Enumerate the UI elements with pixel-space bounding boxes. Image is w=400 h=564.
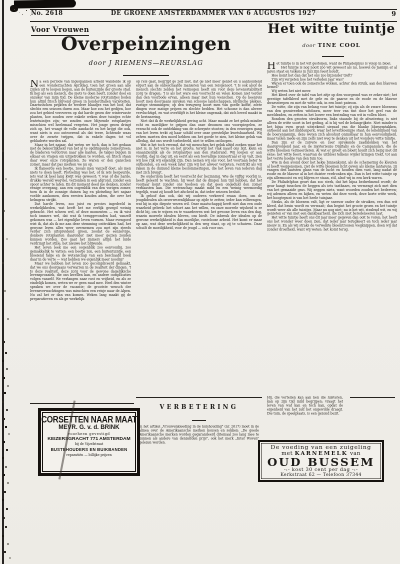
byline-name: TINE COOL	[318, 43, 361, 49]
masthead: DE GROENE AMSTERDAMMER VAN 6 AUGUSTUS 19…	[30, 10, 397, 17]
ad-address: Kerkstraat 62 — Telefoon 37344	[260, 473, 382, 478]
paragraph: Het kleed over de tafel van het zitje op…	[267, 94, 397, 106]
column-text: op reis gaat, begrijpt ge zelf niet, dat…	[136, 80, 262, 230]
paragraph: Na een periode van ingespannen arbeid wa…	[30, 80, 131, 143]
paragraph: Maar in het najaar, dat weten we toch, d…	[30, 143, 131, 167]
paragraph: Niet dat ik de werkelijkheid gering acht…	[136, 120, 262, 144]
ad-top-rule	[30, 403, 134, 404]
ad-footnote: reparatiën — billijke prijzen	[41, 453, 137, 457]
closing-text: Hij, die vertellen kan aan hen die luist…	[267, 396, 343, 416]
right-article-byline: door TINE COOL	[266, 43, 397, 49]
right-article-column: Het tuintje is in het wit gestoken, want…	[267, 62, 397, 394]
paragraph: Ik geloof dan ook, dat wij ouderen verke…	[136, 195, 262, 231]
scan-noise-artifact	[0, 0, 2, 2]
paragraph: Straks, als de bloesem valt, ligt er sne…	[267, 200, 397, 216]
byline-rule	[123, 75, 169, 76]
scan-edge-artifact	[2, 0, 4, 564]
ad-subline: bij de Vijzelstraat	[41, 442, 137, 446]
left-article-title: Overpeinzingen	[30, 33, 262, 55]
column-text: Na een periode van ingespannen arbeid wa…	[30, 80, 131, 301]
right-article-title: Het witte tuintje	[266, 22, 397, 37]
scan-blot-artifact	[10, 5, 18, 12]
left-article-column-1: Na een periode van ingespannen arbeid wa…	[30, 80, 131, 402]
newspaper-page: No. 2618 DE GROENE AMSTERDAMMER VAN 6 AU…	[0, 0, 400, 564]
paragraph: Ik flaneerde een beetje, zooals men vanz…	[30, 167, 131, 203]
paragraph: Wie in den avond door het hekje binnenko…	[267, 161, 397, 181]
column-text: Het tuintje is in het wit gestoken, want…	[267, 62, 397, 232]
correction-dash-rule	[192, 420, 206, 421]
correction-heading: VERBETERING	[136, 404, 262, 411]
correction-top-rule	[136, 397, 262, 398]
paragraph: De Philadelphus geurt dan zoo sterk, dat…	[267, 181, 397, 201]
article-end-rule	[350, 397, 395, 398]
paragraph: De ouderdom heeft het voorrecht der bezi…	[136, 175, 262, 195]
paragraph: op reis gaat, begrijpt ge zelf niet, dat…	[136, 80, 262, 120]
ad-brand: OUD BUSSEM	[260, 457, 382, 468]
oud-bussem-advertisement: De voeding van een zuigeling met KARNEME…	[258, 440, 384, 482]
byline-prefix: door	[302, 43, 315, 49]
ad-products: BUSTEHOUDERS EN BUIKBANDEN	[41, 447, 137, 452]
paragraph: De witte, die zijn van belang voor het t…	[267, 105, 397, 117]
left-article-byline: door J RIEMENS—REURSLAG	[30, 59, 262, 67]
ad-name: MEVR. G. v. d. BRINK	[41, 425, 137, 431]
page-number: 9	[380, 10, 396, 18]
correction-body: In het artikel „Vrouwenkleeding in de hu…	[139, 425, 259, 473]
byline-rule	[322, 56, 344, 57]
paragraph: Het witte tuintje heeft ons dit jaar mee…	[267, 216, 397, 232]
right-article-closing: Hij, die vertellen kan aan hen die luist…	[267, 396, 343, 421]
paragraph: Wat is het toch vreemd, dat wij menschen…	[136, 143, 262, 175]
paragraph: Dan zijn er de zuivere en zeer sprekende…	[267, 141, 397, 161]
corsetten-advertisement: CORSETTEN NAAR MAAT MEVR. G. v. d. BRINK…	[38, 408, 140, 476]
paragraph: Het leven leek me een oogenblik zoo eenv…	[30, 246, 131, 262]
paragraph: Rondom den grooten struikvorm, links sta…	[267, 117, 397, 141]
paragraph: Maar we hebben het leven zoo gecomplicee…	[30, 262, 131, 302]
ad-subline: voorheen gevestigd	[41, 432, 137, 436]
ad-headline: CORSETTEN NAAR MAAT	[41, 414, 137, 424]
left-article-column-2: op reis gaat, begrijpt ge zelf niet, dat…	[136, 80, 262, 395]
paragraph: Dat harde leven, zoo juist en precies in…	[30, 203, 131, 246]
scan-blot-artifact	[14, 0, 76, 9]
correction-text: In het artikel „Vrouwenkleeding in de hu…	[139, 425, 259, 445]
ad-address: KEIZERSGRACHT 771 AMSTERDAM	[41, 437, 137, 442]
